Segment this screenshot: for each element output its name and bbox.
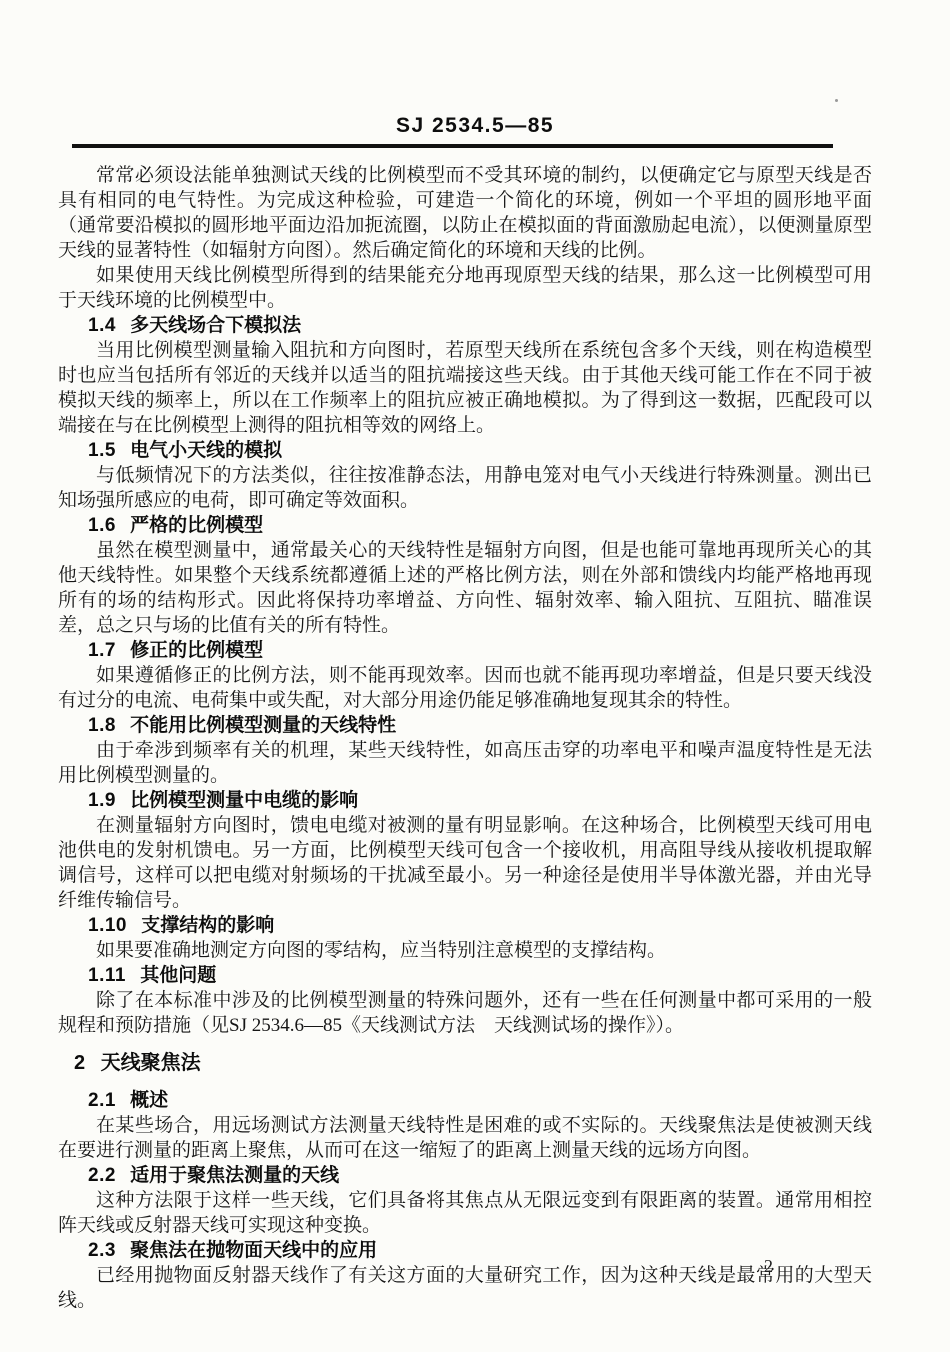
heading-number: 1.9 xyxy=(88,790,116,811)
paragraph: 由于牵涉到频率有关的机理，某些天线特性，如高压击穿的功率电平和噪声温度特性是无法… xyxy=(58,738,872,788)
heading-number: 2.2 xyxy=(88,1165,116,1186)
paragraph: 当用比例模型测量输入阻抗和方向图时，若原型天线所在系统包含多个天线，则在构造模型… xyxy=(58,338,872,438)
heading-title: 不能用比例模型测量的天线特性 xyxy=(130,715,396,736)
paragraph: 虽然在模型测量中，通常最关心的天线特性是辐射方向图，但是也能可靠地再现所关心的其… xyxy=(58,538,872,638)
section-heading: 1.5电气小天线的模拟 xyxy=(58,438,872,463)
heading-number: 1.6 xyxy=(88,515,116,536)
heading-title: 天线聚焦法 xyxy=(101,1052,201,1074)
section-heading: 1.4多天线场合下模拟法 xyxy=(58,313,872,338)
heading-title: 多天线场合下模拟法 xyxy=(130,315,301,336)
heading-title: 电气小天线的模拟 xyxy=(130,440,282,461)
chapter-heading: 2天线聚焦法 xyxy=(58,1051,872,1076)
heading-number: 1.8 xyxy=(88,715,116,736)
section-heading: 1.10支撑结构的影响 xyxy=(58,913,872,938)
section-heading: 2.3聚焦法在抛物面天线中的应用 xyxy=(58,1238,872,1263)
standard-number-header: SJ 2534.5—85 xyxy=(0,114,950,138)
section-heading: 1.9比例模型测量中电缆的影响 xyxy=(58,788,872,813)
section-heading: 2.2适用于聚焦法测量的天线 xyxy=(58,1163,872,1188)
paragraph: 如果使用天线比例模型所得到的结果能充分地再现原型天线的结果，那么这一比例模型可用… xyxy=(58,263,872,313)
heading-number: 1.7 xyxy=(88,640,116,661)
heading-number: 1.4 xyxy=(88,315,116,336)
heading-title: 支撑结构的影响 xyxy=(141,915,274,936)
paragraph: 在某些场合，用远场测试方法测量天线特性是困难的或不实际的。天线聚焦法是使被测天线… xyxy=(58,1113,872,1163)
paragraph: 已经用抛物面反射器天线作了有关这方面的大量研究工作，因为这种天线是最常用的大型天… xyxy=(58,1263,872,1313)
section-heading: 2.1概述 xyxy=(58,1088,872,1113)
scan-artifact-speck xyxy=(835,99,838,102)
heading-title: 修正的比例模型 xyxy=(130,640,263,661)
paragraph: 如果要准确地测定方向图的零结构，应当特别注意模型的支撑结构。 xyxy=(58,938,872,963)
section-heading: 1.6严格的比例模型 xyxy=(58,513,872,538)
paragraph: 常常必须设法能单独测试天线的比例模型而不受其环境的制约，以便确定它与原型天线是否… xyxy=(58,163,872,263)
paragraph: 这种方法限于这样一些天线，它们具备将其焦点从无限远变到有限距离的装置。通常用相控… xyxy=(58,1188,872,1238)
page-number: 2 xyxy=(764,1256,773,1277)
heading-title: 其他问题 xyxy=(140,965,216,986)
header-rule-divider xyxy=(72,144,833,148)
heading-title: 适用于聚焦法测量的天线 xyxy=(130,1165,339,1186)
heading-number: 2 xyxy=(74,1052,86,1074)
heading-title: 概述 xyxy=(130,1090,168,1111)
paragraph: 在测量辐射方向图时，馈电电缆对被测的量有明显影响。在这种场合，比例模型天线可用电… xyxy=(58,813,872,913)
heading-number: 2.1 xyxy=(88,1090,116,1111)
paragraph: 与低频情况下的方法类似，往往按准静态法，用静电笼对电气小天线进行特殊测量。测出已… xyxy=(58,463,872,513)
heading-number: 2.3 xyxy=(88,1240,116,1261)
scanned-document-page: SJ 2534.5—85 常常必须设法能单独测试天线的比例模型而不受其环境的制约… xyxy=(0,0,950,1352)
heading-number: 1.10 xyxy=(88,915,127,936)
heading-number: 1.5 xyxy=(88,440,116,461)
paragraph: 除了在本标准中涉及的比例模型测量的特殊问题外，还有一些在任何测量中都可采用的一般… xyxy=(58,988,872,1038)
heading-title: 聚焦法在抛物面天线中的应用 xyxy=(130,1240,377,1261)
paragraph: 如果遵循修正的比例方法，则不能再现效率。因而也就不能再现功率增益，但是只要天线没… xyxy=(58,663,872,713)
section-heading: 1.11其他问题 xyxy=(58,963,872,988)
heading-title: 严格的比例模型 xyxy=(130,515,263,536)
heading-title: 比例模型测量中电缆的影响 xyxy=(130,790,358,811)
document-body: 常常必须设法能单独测试天线的比例模型而不受其环境的制约，以便确定它与原型天线是否… xyxy=(58,163,872,1313)
section-heading: 1.8不能用比例模型测量的天线特性 xyxy=(58,713,872,738)
heading-number: 1.11 xyxy=(88,965,126,986)
section-heading: 1.7修正的比例模型 xyxy=(58,638,872,663)
